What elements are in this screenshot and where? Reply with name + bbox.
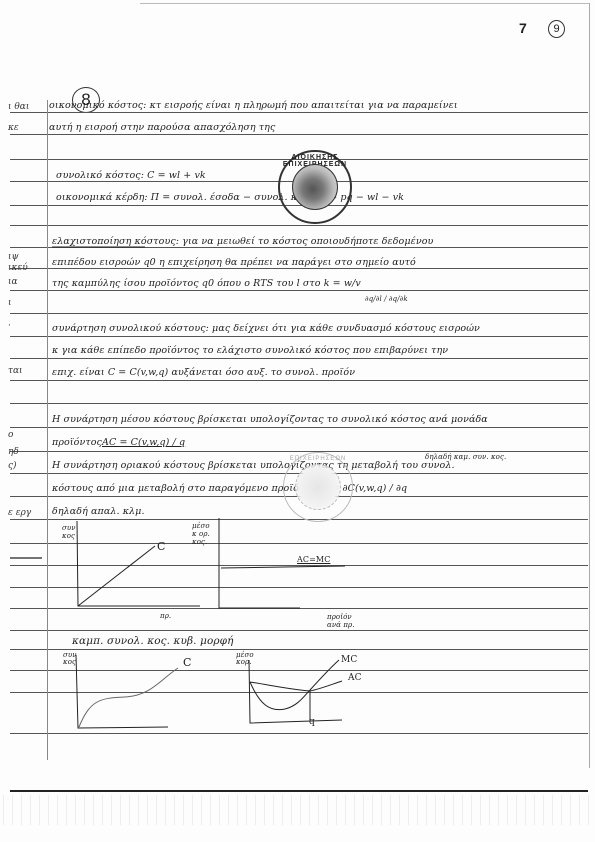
faded-stamp: ΕΠΙΧΕΙΡΗΣΕΩΝ [283,452,353,522]
diagram2-curve [221,566,345,568]
notebook-page: 7 9 8 ι θαι κε ιψ ικεύ ια ι · ται ο ηδ ς… [0,0,595,842]
diagram3-curve [79,668,178,727]
hand-drawn-diagrams [0,0,595,842]
diagram1-axes [77,521,200,606]
diagram1-curve [78,546,155,606]
diagram4-mc [250,660,339,710]
diagram4-axes [249,660,342,723]
stamp-emblem-icon [295,464,341,510]
diagram2-axes [219,518,300,608]
diagram4-ac [250,681,342,691]
stamp-ring-text: ΕΠΙΧΕΙΡΗΣΕΩΝ [284,456,352,462]
diagram3-axes [76,655,168,728]
official-stamp: ΔΙΟΙΚΗΣΗΣ ΕΠΙΧΕΙΡΗΣΕΩΝ [278,150,352,224]
stamp-emblem-icon [292,164,338,210]
